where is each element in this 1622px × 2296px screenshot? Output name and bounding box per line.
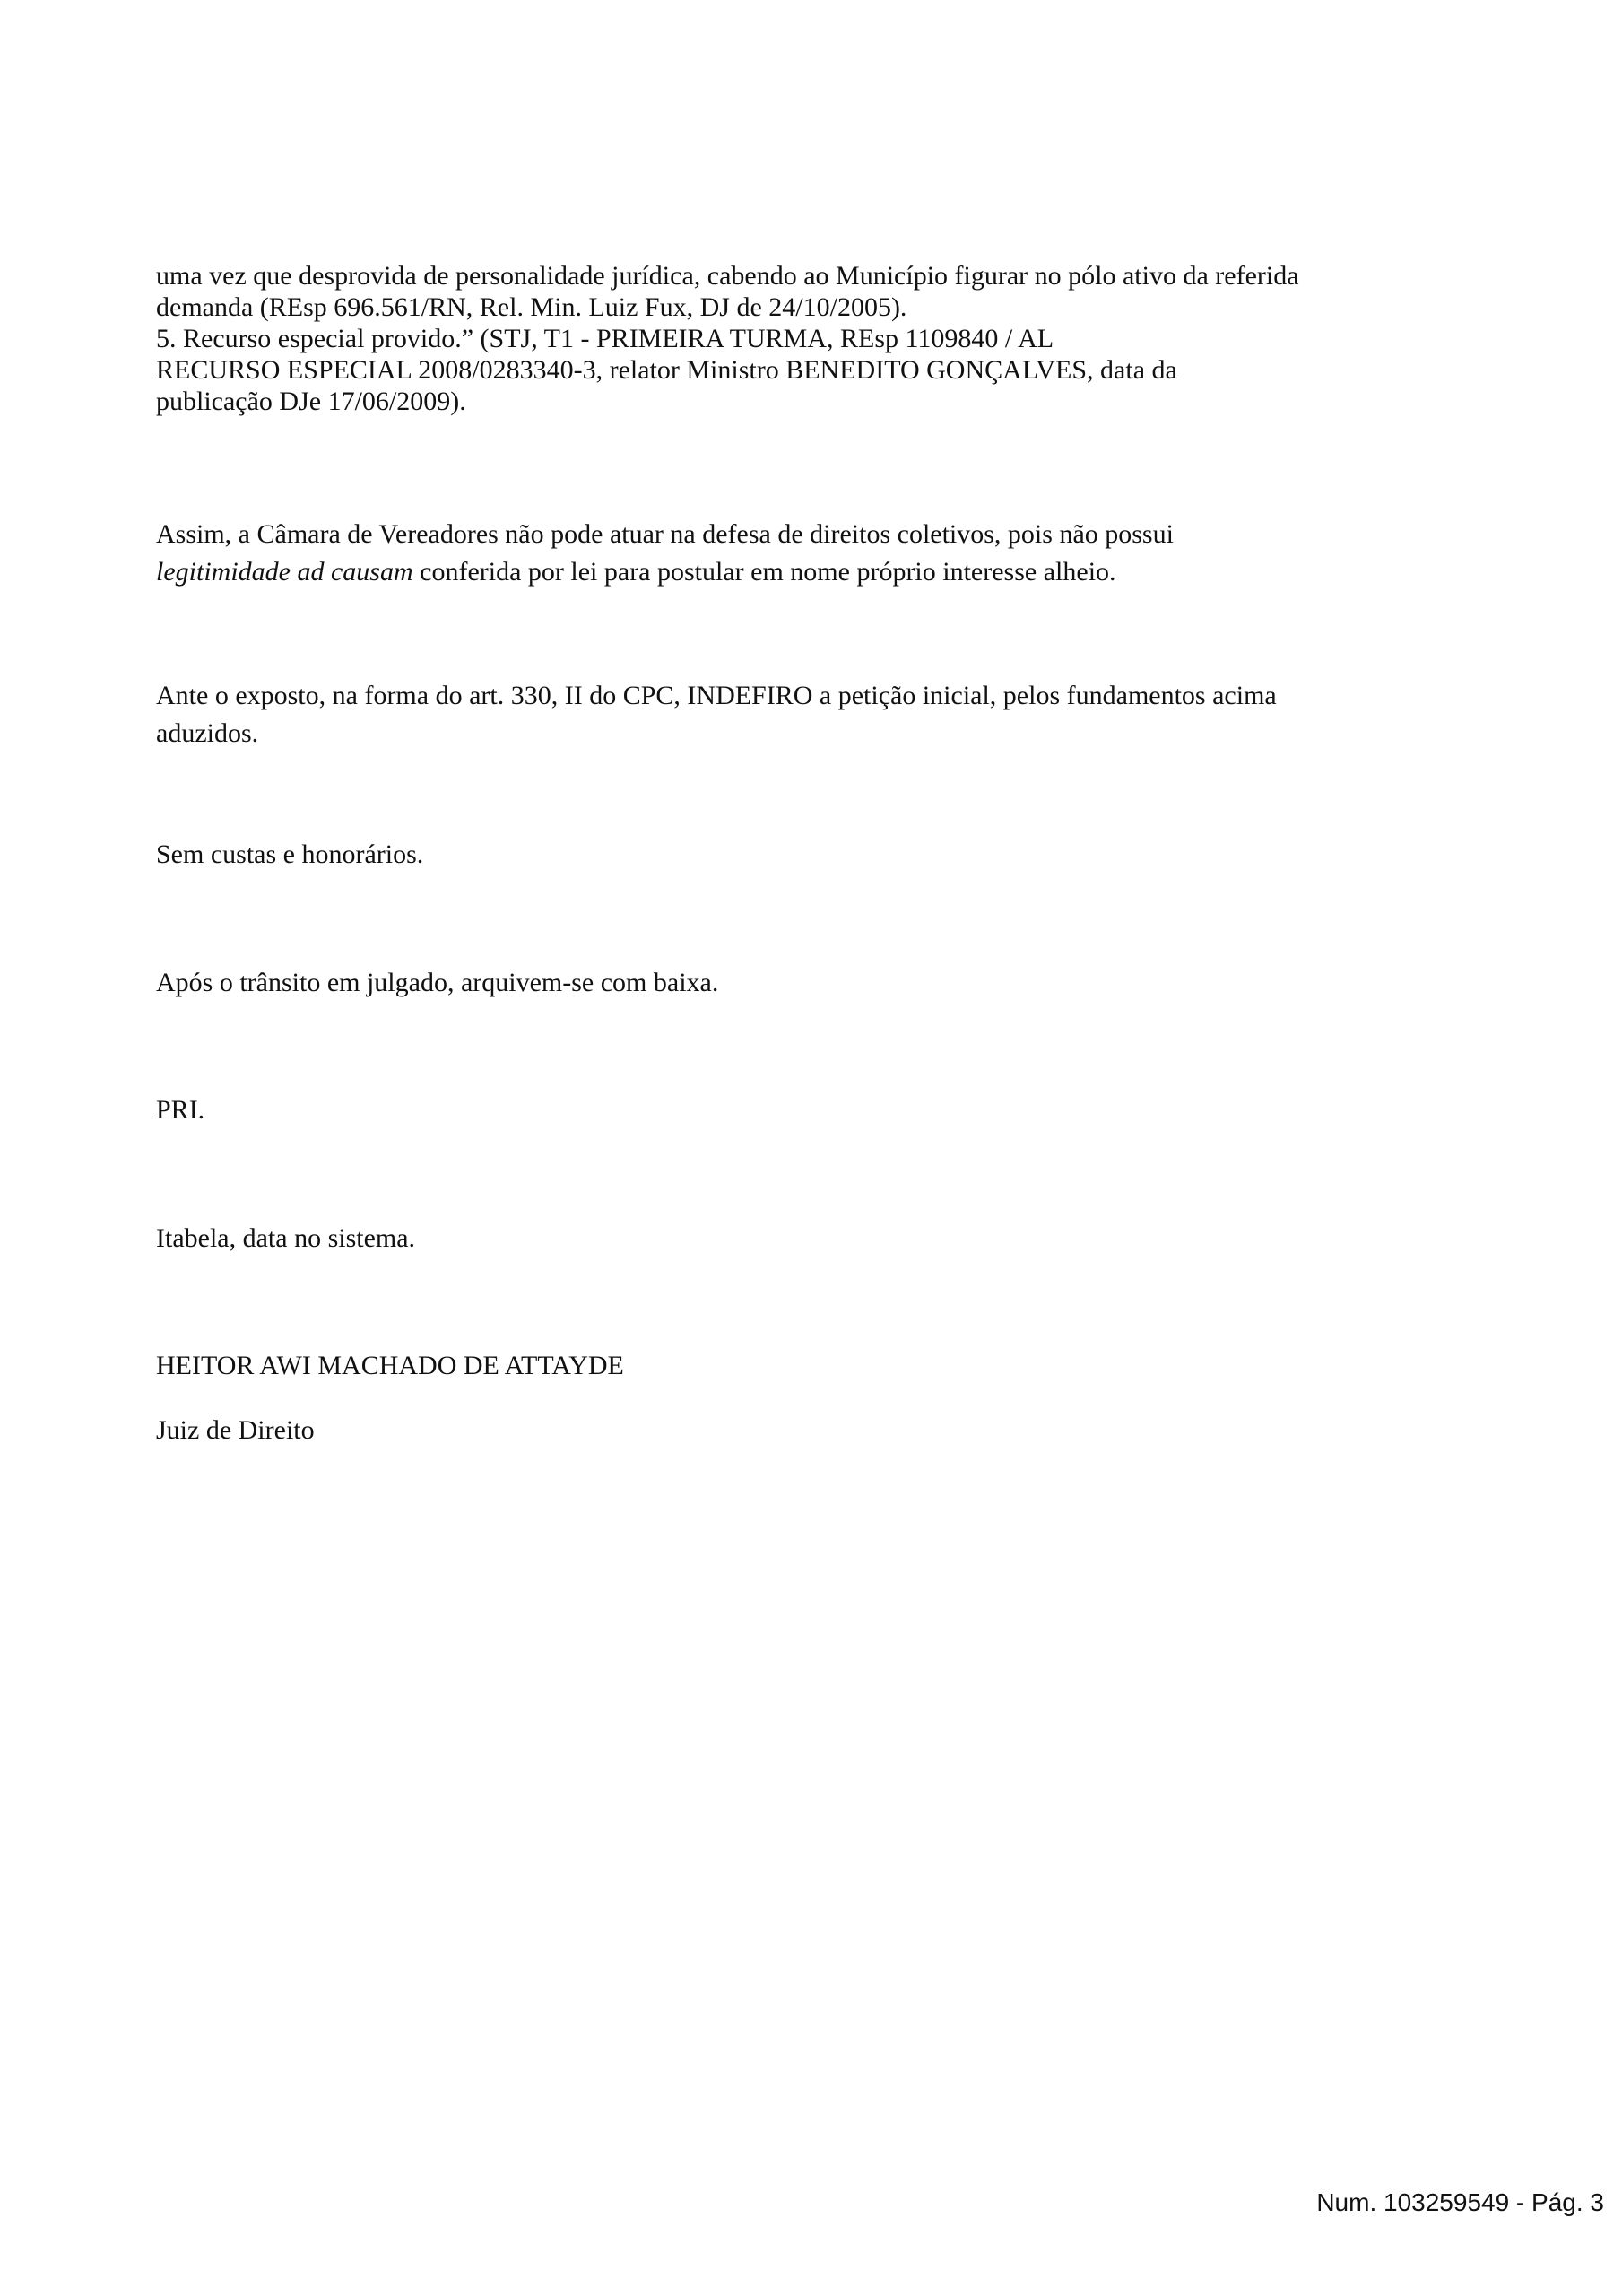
paragraph-dispositivo: Ante o exposto, na forma do art. 330, II… [156, 677, 1277, 752]
paragraph-transito: Após o trânsito em julgado, arquivem-se … [156, 967, 718, 998]
signature-name: HEITOR AWI MACHADO DE ATTAYDE [156, 1350, 624, 1381]
quote-line: demanda (REsp 696.561/RN, Rel. Min. Luiz… [156, 291, 1299, 323]
page-footer: Num. 103259549 - Pág. 3 [1316, 2188, 1604, 2217]
signature-title: Juiz de Direito [156, 1414, 315, 1446]
paragraph-pri: PRI. [156, 1094, 204, 1126]
quote-line: 5. Recurso especial provido.” (STJ, T1 -… [156, 323, 1299, 354]
quote-line: publicação DJe 17/06/2009). [156, 386, 1299, 417]
paragraph-line: Ante o exposto, na forma do art. 330, II… [156, 677, 1277, 715]
paragraph-line: aduzidos. [156, 715, 1277, 752]
italic-term: legitimidade ad causam [156, 557, 413, 587]
paragraph-local-data: Itabela, data no sistema. [156, 1222, 415, 1254]
quote-block: uma vez que desprovida de personalidade … [156, 260, 1299, 417]
document-page: uma vez que desprovida de personalidade … [0, 0, 1622, 2296]
paragraph-text: conferida por lei para postular em nome … [413, 557, 1116, 587]
quote-line: uma vez que desprovida de personalidade … [156, 260, 1299, 291]
paragraph-custas: Sem custas e honorários. [156, 839, 423, 870]
paragraph-legitimidade: Assim, a Câmara de Vereadores não pode a… [156, 516, 1174, 591]
quote-line: RECURSO ESPECIAL 2008/0283340-3, relator… [156, 354, 1299, 386]
paragraph-line: Assim, a Câmara de Vereadores não pode a… [156, 516, 1174, 553]
paragraph-line: legitimidade ad causam conferida por lei… [156, 553, 1174, 591]
